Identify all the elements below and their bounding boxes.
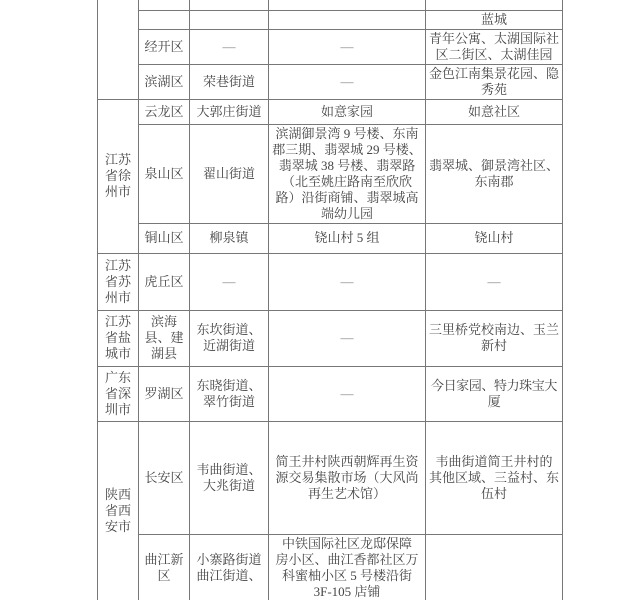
province-cell: 广东 省深 圳市 [98,366,139,421]
street-cell: 小寨路街道 曲江街道、 [190,534,269,600]
table-row: 经开区 — — 青年公寓、太湖国际社 区二街区、太湖佳园 [98,29,563,64]
village-cell: 铙山村 5 组 [269,223,426,253]
community-cell: 翡翠城、御景湾社区、 东南郡 [426,124,563,223]
village-cell [269,10,426,29]
table-row: 广东 省深 圳市 罗湖区 东晓街道、 翠竹街道 — 今日家园、特力珠宝大厦 [98,366,563,421]
street-cell: 东坎街道、 近湖街道 [190,310,269,366]
table-row: 江苏 省盐 城市 滨海 县、建 湖县 东坎街道、 近湖街道 — 三里桥党校南边、… [98,310,563,366]
district-cell: 长安区 [139,421,190,534]
district-cell: 曲江新 区 [139,534,190,600]
street-cell: 柳泉镇 [190,223,269,253]
table-row [98,0,563,10]
province-cell: 江苏 省盐 城市 [98,310,139,366]
table-row: 铜山区 柳泉镇 铙山村 5 组 铙山村 [98,223,563,253]
province-cell: 江苏 省苏 州市 [98,253,139,310]
village-cell: — [269,366,426,421]
street-cell: 韦曲街道、 大兆街道 [190,421,269,534]
community-cell [426,534,563,600]
village-cell: 滨湖御景湾 9 号楼、东南 郡三期、翡翠城 29 号楼、 翡翠城 38 号楼、翡… [269,124,426,223]
district-cell: 铜山区 [139,223,190,253]
village-cell: — [269,64,426,99]
risk-area-table: 蓝城 经开区 — — 青年公寓、太湖国际社 区二街区、太湖佳园 滨湖区 荣巷街道… [97,0,563,600]
table-row: 滨湖区 荣巷街道 — 金色江南集景花园、隐 秀苑 [98,64,563,99]
district-cell: 虎丘区 [139,253,190,310]
district-cell: 滨海 县、建 湖县 [139,310,190,366]
village-cell: — [269,29,426,64]
community-cell: 如意社区 [426,99,563,124]
street-cell: 东晓街道、 翠竹街道 [190,366,269,421]
table-row: 泉山区 翟山街道 滨湖御景湾 9 号楼、东南 郡三期、翡翠城 29 号楼、 翡翠… [98,124,563,223]
community-cell: 金色江南集景花园、隐 秀苑 [426,64,563,99]
street-cell: 翟山街道 [190,124,269,223]
street-cell: — [190,253,269,310]
street-cell: 大郭庄街道 [190,99,269,124]
village-cell: — [269,310,426,366]
table-row: 江苏 省苏 州市 虎丘区 — — — [98,253,563,310]
street-cell [190,10,269,29]
table-row: 蓝城 [98,10,563,29]
district-cell: 经开区 [139,29,190,64]
document-page: 蓝城 经开区 — — 青年公寓、太湖国际社 区二街区、太湖佳园 滨湖区 荣巷街道… [0,0,640,600]
street-cell: — [190,29,269,64]
table-row: 江苏 省徐 州市 云龙区 大郭庄街道 如意家园 如意社区 [98,99,563,124]
village-cell: 如意家园 [269,99,426,124]
street-cell [190,0,269,10]
province-cell-empty [98,0,139,99]
province-cell: 陕西 省西 安市 [98,421,139,600]
district-cell [139,0,190,10]
district-cell: 云龙区 [139,99,190,124]
community-cell: 青年公寓、太湖国际社 区二街区、太湖佳园 [426,29,563,64]
community-cell [426,0,563,10]
province-cell: 江苏 省徐 州市 [98,99,139,253]
district-cell [139,10,190,29]
village-cell: — [269,253,426,310]
district-cell: 罗湖区 [139,366,190,421]
district-cell: 滨湖区 [139,64,190,99]
community-cell: — [426,253,563,310]
district-cell: 泉山区 [139,124,190,223]
table-row: 曲江新 区 小寨路街道 曲江街道、 中铁国际社区龙邸保障 房小区、曲江香都社区万… [98,534,563,600]
community-cell: 韦曲街道简王井村的 其他区域、三益村、东 伍村 [426,421,563,534]
village-cell: 中铁国际社区龙邸保障 房小区、曲江香都社区万 科蜜柚小区 5 号楼沿街 3F-1… [269,534,426,600]
street-cell: 荣巷街道 [190,64,269,99]
village-cell: 简王井村陕西朝辉再生资 源交易集散市场（大风尚 再生艺术馆） [269,421,426,534]
community-cell: 今日家园、特力珠宝大厦 [426,366,563,421]
community-cell: 铙山村 [426,223,563,253]
table-row: 陕西 省西 安市 长安区 韦曲街道、 大兆街道 简王井村陕西朝辉再生资 源交易集… [98,421,563,534]
village-cell [269,0,426,10]
community-cell: 三里桥党校南边、玉兰 新村 [426,310,563,366]
community-cell: 蓝城 [426,10,563,29]
